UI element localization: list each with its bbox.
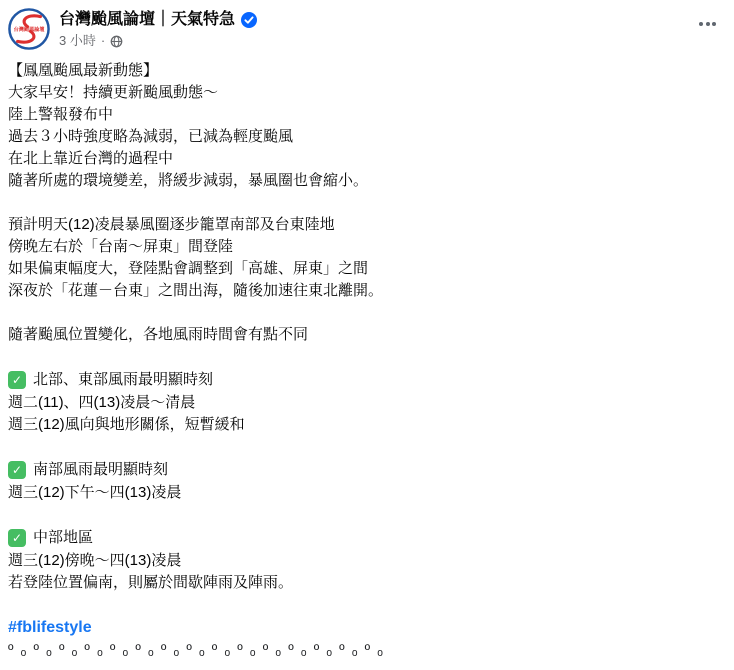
ellipsis-dot-icon — [706, 22, 710, 26]
check-mark-emoji-icon: ✓ — [8, 461, 26, 479]
post-line: 預計明天(12)凌晨暴風圈逐步籠罩南部及台東陸地 — [8, 214, 726, 236]
ellipsis-dot-icon — [699, 22, 703, 26]
post-line: 深夜於「花蓮－台東」之間出海，隨後加速往東北離開。 — [8, 280, 726, 302]
post-line: 週三(12)傍晚～四(13)凌晨 — [8, 550, 726, 572]
page-name[interactable]: 台灣颱風論壇｜天氣特急 — [59, 9, 235, 30]
post-line: 在北上靠近台灣的過程中 — [8, 148, 726, 170]
post-line: 大家早安！持續更新颱風動態～ — [8, 82, 726, 104]
post-meta-row: 3 小時 · — [59, 33, 257, 49]
post-line-text: 南部風雨最明顯時刻 — [33, 459, 168, 481]
typhoon-forum-logo-icon: 台灣颱風論壇 — [8, 8, 50, 50]
header-text: 台灣颱風論壇｜天氣特急 3 小時 · — [59, 8, 257, 49]
post-line: 週二(11)、四(13)凌晨～清晨 — [8, 392, 726, 414]
more-options-button[interactable] — [697, 16, 718, 32]
post-line: #fblifestyle — [8, 617, 726, 639]
hashtag-link[interactable]: #fblifestyle — [8, 619, 92, 636]
verified-badge-icon — [241, 12, 257, 28]
ellipsis-dot-icon — [712, 22, 716, 26]
post-line: 【鳳凰颱風最新動態】 — [8, 60, 726, 82]
blank-line — [8, 192, 726, 214]
decorative-circles-line: º ₒ º ₒ º ₒ º ₒ º ₒ º ₒ º ₒ º ₒ º ₒ º ₒ … — [8, 640, 726, 662]
post-line-check-heading: ✓南部風雨最明顯時刻 — [8, 458, 726, 482]
post-line: 隨著颱風位置變化，各地風雨時間會有點不同 — [8, 324, 726, 346]
blank-line — [8, 594, 726, 616]
timestamp[interactable]: 3 小時 — [59, 33, 96, 49]
post-line: 週三(12)風向與地形關係，短暫緩和 — [8, 414, 726, 436]
check-mark-emoji-icon: ✓ — [8, 529, 26, 547]
post-line: 如果偏東幅度大，登陸點會調整到「高雄、屏東」之間 — [8, 258, 726, 280]
blank-line — [8, 436, 726, 458]
post-header: 台灣颱風論壇 台灣颱風論壇｜天氣特急 3 小時 · — [8, 8, 726, 50]
page-name-row: 台灣颱風論壇｜天氣特急 — [59, 9, 257, 30]
post-line-check-heading: ✓中部地區 — [8, 526, 726, 550]
avatar[interactable]: 台灣颱風論壇 — [8, 8, 50, 50]
meta-separator: · — [101, 33, 105, 49]
post-line-text: 北部、東部風雨最明顯時刻 — [33, 369, 213, 391]
post-line: 隨著所處的環境變差，將緩步減弱，暴風圈也會縮小。 — [8, 170, 726, 192]
facebook-post: 台灣颱風論壇 台灣颱風論壇｜天氣特急 3 小時 · — [0, 0, 734, 662]
check-mark-emoji-icon: ✓ — [8, 371, 26, 389]
post-line: 陸上警報發布中 — [8, 104, 726, 126]
post-content: 【鳳凰颱風最新動態】大家早安！持續更新颱風動態～陸上警報發布中過去３小時強度略為… — [8, 58, 726, 662]
globe-privacy-icon — [110, 35, 123, 48]
post-line: 週三(12)下午～四(13)凌晨 — [8, 482, 726, 504]
blank-line — [8, 302, 726, 324]
blank-line — [8, 504, 726, 526]
post-line: 若登陸位置偏南，則屬於間歇陣雨及陣雨。 — [8, 572, 726, 594]
svg-text:台灣颱風論壇: 台灣颱風論壇 — [14, 25, 46, 33]
post-line-check-heading: ✓北部、東部風雨最明顯時刻 — [8, 368, 726, 392]
post-line-text: 中部地區 — [33, 527, 93, 549]
post-line: 過去３小時強度略為減弱，已減為輕度颱風 — [8, 126, 726, 148]
post-line: 傍晚左右於「台南～屏東」間登陸 — [8, 236, 726, 258]
blank-line — [8, 346, 726, 368]
